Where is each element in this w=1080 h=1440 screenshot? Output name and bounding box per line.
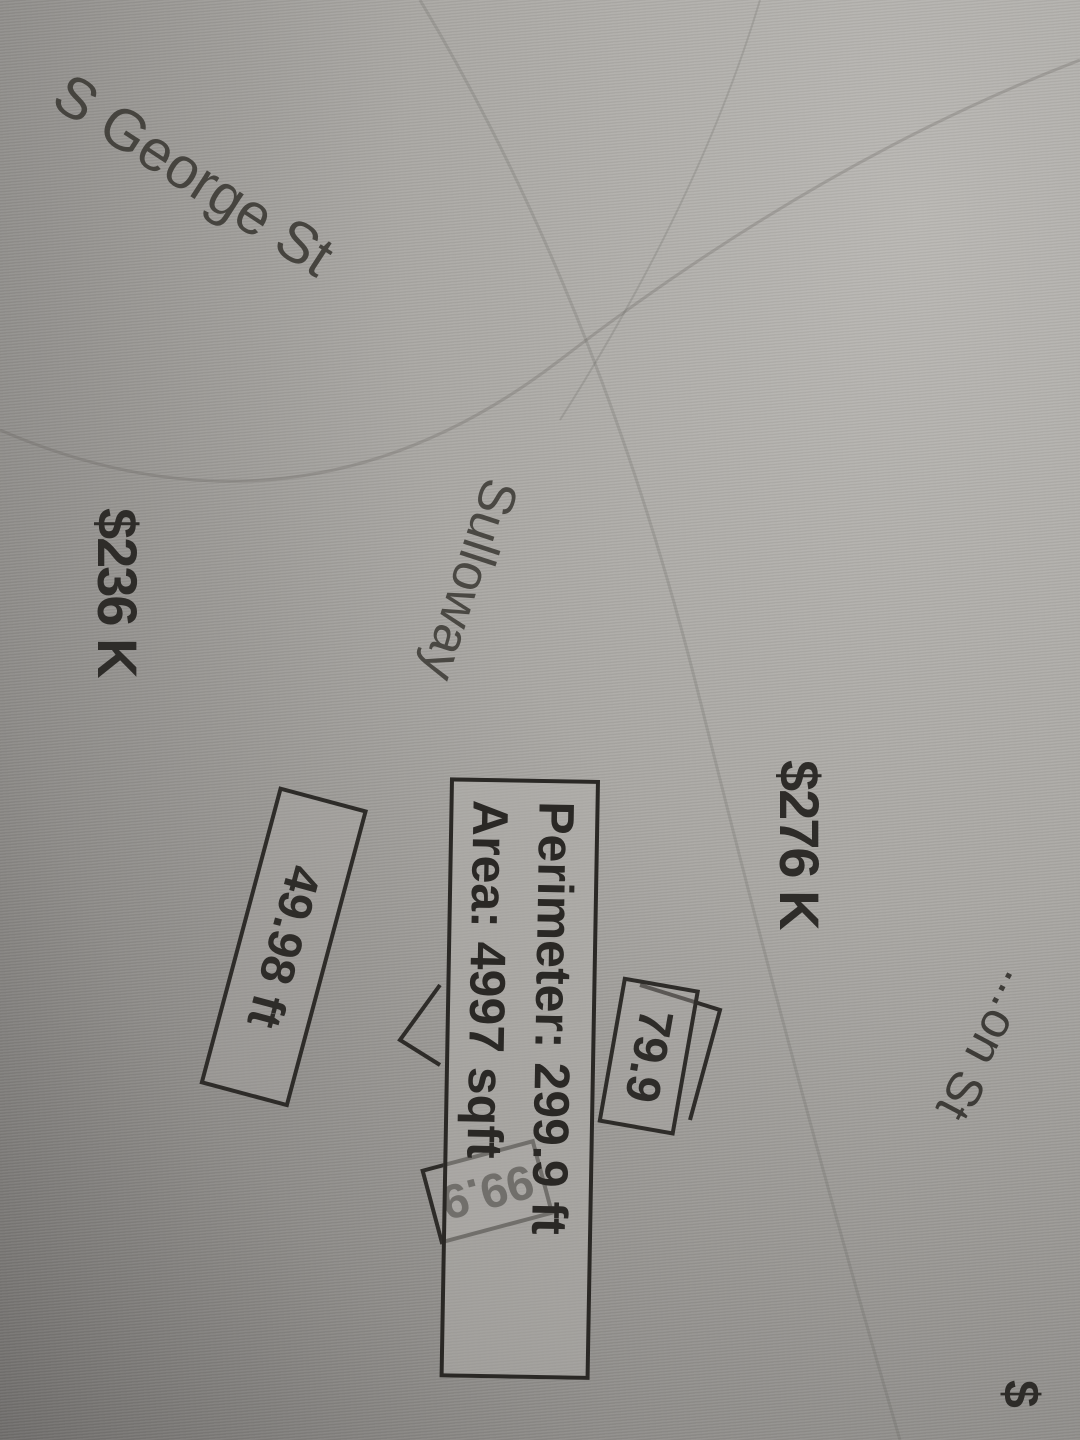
area-readout: Area: 4997 sqft xyxy=(448,800,524,1357)
price-marker-236k[interactable]: $236 K xyxy=(85,508,150,677)
price-marker-partial[interactable]: $ xyxy=(992,1380,1050,1406)
measurement-summary-tooltip: Perimeter: 299.9 ft Area: 4997 sqft xyxy=(440,777,600,1380)
perimeter-readout: Perimeter: 299.9 ft xyxy=(514,801,590,1358)
price-marker-276k[interactable]: $276 K xyxy=(767,760,832,929)
